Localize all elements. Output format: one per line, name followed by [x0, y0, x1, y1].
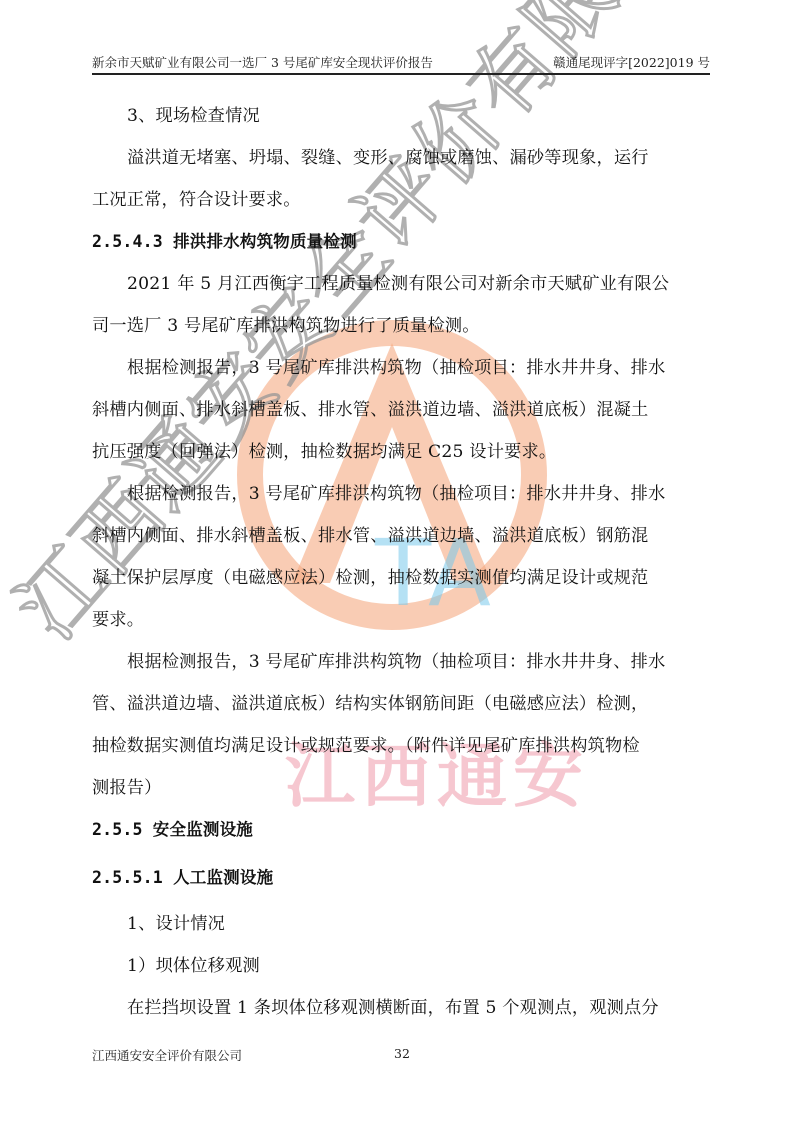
paragraph-line: 抽检数据实测值均满足设计或规范要求。（附件详见尾矿库排洪构筑物检	[92, 734, 640, 758]
paragraph-line: 根据检测报告，3 号尾矿库排洪构筑物（抽检项目：排水井井身、排水	[127, 650, 665, 674]
paragraph-line: 斜槽内侧面、排水斜槽盖板、排水管、溢洪道边墙、溢洪道底板）混凝土	[92, 398, 648, 422]
section-heading: 2.5.4.3 排洪排水构筑物质量检测	[92, 230, 357, 254]
document-number: 赣通尾现评字[2022]019 号	[553, 53, 710, 71]
header-divider	[92, 73, 710, 75]
paragraph-line: 2021 年 5 月江西衡宇工程质量检测有限公司对新余市天赋矿业有限公	[127, 272, 669, 296]
paragraph-line: 测报告）	[92, 776, 162, 800]
section-heading: 2.5.5.1 人工监测设施	[92, 866, 273, 890]
page-number: 32	[394, 1046, 410, 1061]
report-title: 新余市天赋矿业有限公司一选厂 3 号尾矿库安全现状评价报告	[92, 53, 433, 71]
subsection-label: 1）坝体位移观测	[127, 954, 260, 978]
paragraph-line: 管、溢洪道边墙、溢洪道底板）结构实体钢筋间距（电磁感应法）检测，	[92, 692, 648, 716]
paragraph-line: 凝土保护层厚度（电磁感应法）检测，抽检数据实测值均满足设计或规范	[92, 566, 648, 590]
section-heading: 2.5.5 安全监测设施	[92, 818, 253, 842]
paragraph-line: 工况正常，符合设计要求。	[92, 188, 301, 212]
paragraph-line: 根据检测报告，3 号尾矿库排洪构筑物（抽检项目：排水井井身、排水	[127, 482, 665, 506]
paragraph-line: 在拦挡坝设置 1 条坝体位移观测横断面，布置 5 个观测点，观测点分	[127, 996, 659, 1020]
paragraph-line: 斜槽内侧面、排水斜槽盖板、排水管、溢洪道边墙、溢洪道底板）钢筋混	[92, 524, 648, 548]
page-header: 新余市天赋矿业有限公司一选厂 3 号尾矿库安全现状评价报告 赣通尾现评字[202…	[92, 51, 710, 73]
paragraph-line: 要求。	[92, 608, 144, 632]
footer-company: 江西通安安全评价有限公司	[92, 1046, 242, 1064]
subsection-label: 1、设计情况	[127, 912, 225, 936]
paragraph-line: 溢洪道无堵塞、坍塌、裂缝、变形、腐蚀或磨蚀、漏砂等现象，运行	[127, 146, 649, 170]
document-page: TA 江西通安 江西通安安全评价有限公司 新余市天赋矿业有限公司一选厂 3 号尾…	[0, 0, 800, 1131]
paragraph-line: 抗压强度（回弹法）检测，抽检数据均满足 C25 设计要求。	[92, 440, 556, 464]
paragraph-line: 司一选厂 3 号尾矿库排洪构筑物进行了质量检测。	[92, 314, 480, 338]
subsection-label: 3、现场检查情况	[127, 104, 260, 128]
paragraph-line: 根据检测报告，3 号尾矿库排洪构筑物（抽检项目：排水井井身、排水	[127, 356, 665, 380]
